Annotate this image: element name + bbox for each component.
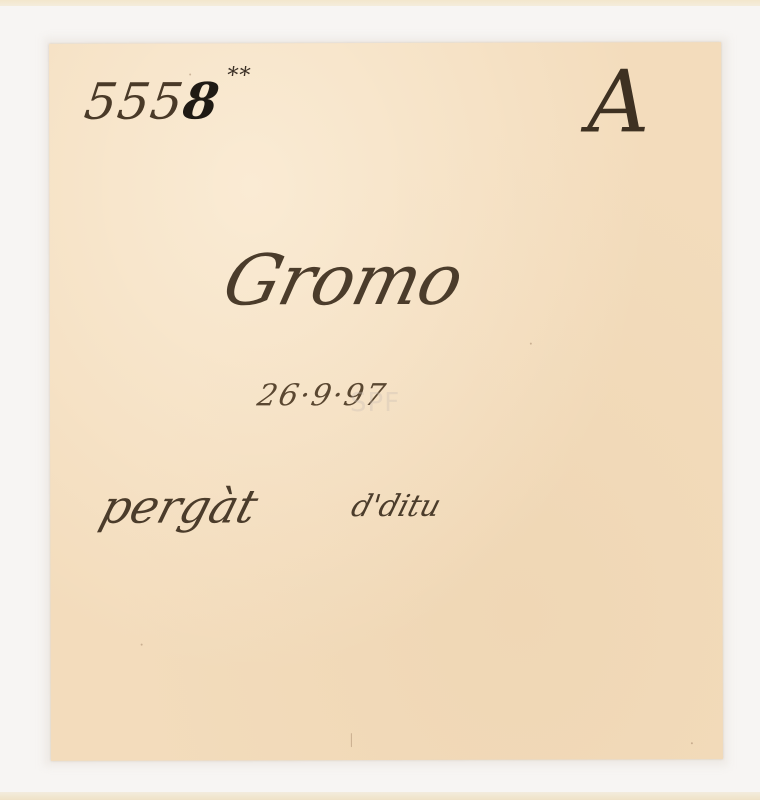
catalog-number-overwritten-digit: 8 <box>180 71 224 130</box>
paper-speck <box>691 742 693 744</box>
catalog-number: 5558** <box>81 71 251 130</box>
paper-crease <box>351 733 352 747</box>
asterisk-marks: ** <box>225 63 252 88</box>
bottom-mount-edge <box>0 792 760 800</box>
paper-speck <box>189 74 191 76</box>
habitat-note: d'ditu <box>347 489 445 524</box>
locality-name: Gromo <box>216 239 471 322</box>
top-mount-edge <box>0 0 760 6</box>
watermark: SPF <box>350 388 400 418</box>
paper-speck <box>530 343 532 345</box>
paper-speck <box>141 644 143 646</box>
catalog-number-prefix: 555 <box>81 73 187 131</box>
habitat-text: pergàt <box>95 479 264 533</box>
herbarium-label-card: 5558** A Gromo 26·9·97 SPF pergàt d'ditu <box>49 42 723 761</box>
section-letter: A <box>587 52 649 152</box>
